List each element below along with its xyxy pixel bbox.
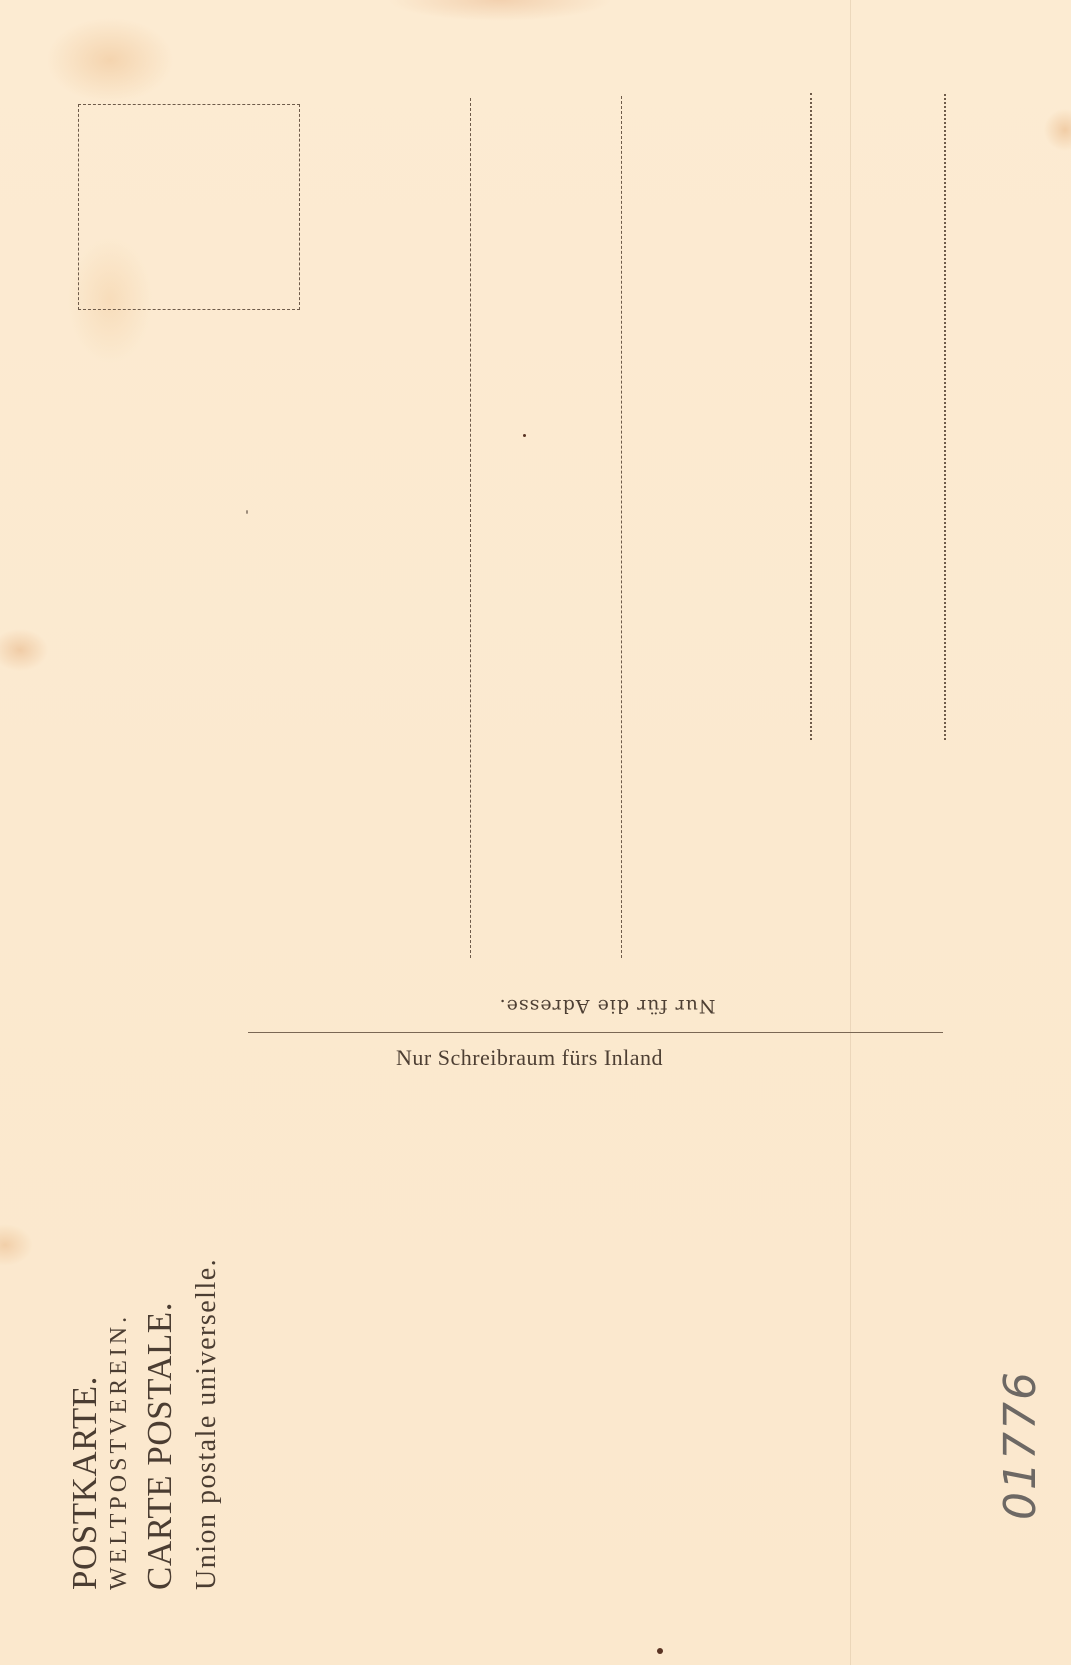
- postcard-heading: POSTKARTE. WELTPOSTVEREIN. CARTE POSTALE…: [60, 1160, 235, 1590]
- writing-space-label: Nur Schreibraum fürs Inland: [396, 1045, 796, 1071]
- heading-postkarte: POSTKARTE.: [65, 1376, 105, 1590]
- address-line-4: [944, 94, 946, 740]
- address-line-2: [621, 96, 622, 958]
- heading-union-postale: Union postale universelle.: [191, 1258, 223, 1590]
- ink-speck: [246, 510, 248, 514]
- handwritten-number: 01776: [995, 1370, 1046, 1520]
- postcard-back: Nur für die Adresse. Nur Schreibraum für…: [0, 0, 1071, 1665]
- address-line-3: [810, 93, 812, 740]
- divider-line: [248, 1032, 943, 1033]
- address-line-1: [470, 98, 471, 958]
- ink-speck: [657, 1648, 663, 1654]
- paper-fold: [850, 0, 851, 1665]
- ink-speck: [523, 434, 526, 437]
- heading-weltpostverein: WELTPOSTVEREIN.: [106, 1313, 133, 1590]
- stamp-placement-box: [78, 104, 300, 310]
- address-only-label: Nur für die Adresse.: [462, 995, 752, 1017]
- heading-carte-postale: CARTE POSTALE.: [140, 1302, 180, 1590]
